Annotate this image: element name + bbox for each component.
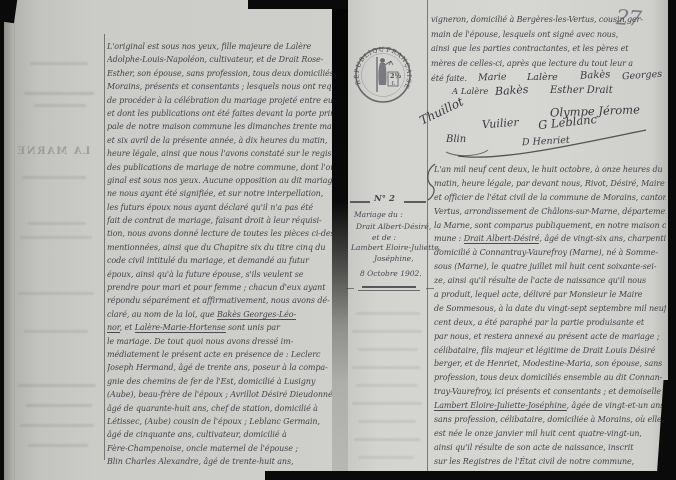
scan-edge	[265, 471, 676, 480]
bleed-through-line	[24, 330, 88, 333]
text-line: ainsi que les parties contractantes, et …	[431, 42, 665, 57]
flourish-line	[362, 286, 416, 288]
text-line: Létissec, (Aube) cousin de l'époux ; Leb…	[107, 415, 335, 428]
margin-groom: Drait Albert-Désiré,	[356, 222, 431, 231]
bleed-through-line	[20, 236, 92, 239]
page-edge	[9, 0, 10, 480]
text-lines: domicilié à Connantray-Vaurefroy (Marne)…	[434, 246, 666, 399]
flourish-line	[358, 290, 420, 291]
bleed-through-line	[356, 312, 420, 315]
text-line: ainsi qu'il résulte de son acte de naiss…	[434, 441, 666, 455]
text-line: code civil intitulé du mariage, et deman…	[107, 254, 335, 267]
signature: Marie	[478, 72, 507, 84]
bleed-through-line	[24, 92, 94, 95]
text-line: âgé de cinquante ans, cultivateur, domic…	[107, 428, 335, 441]
text-line: Vertus, arrondissement de Châlons-sur-Ma…	[434, 205, 666, 219]
bleed-through-line	[18, 292, 94, 295]
act-number: N° 2	[374, 194, 395, 204]
flourish-line	[350, 201, 370, 203]
text-line: sans profession, célibataire, domiciliée…	[434, 413, 666, 427]
signature: Lalère	[527, 72, 558, 83]
text-line: matin, heure légale, par devant nous, Ri…	[434, 177, 666, 191]
signature: Esther Drait	[550, 85, 613, 96]
text-line: et dont les publications ont été faites …	[107, 107, 335, 120]
signature: Bakès	[580, 69, 611, 82]
text-lines: vigneron, domicilié à Bergères-les-Vertu…	[431, 13, 665, 71]
bleed-through-line	[356, 384, 418, 387]
text-line: le mariage. De tout quoi nous avons dres…	[107, 335, 335, 348]
text-line: fait de contrat de mariage, faisant droi…	[107, 214, 335, 227]
text-line: ze, ainsi qu'il résulte de l'acte de nai…	[434, 274, 666, 288]
text-line: par nous, et restera annexé au présent a…	[434, 330, 666, 344]
bleed-through-line	[28, 444, 88, 447]
text-line: est née le onze janvier mil huit cent qu…	[434, 427, 666, 441]
text-line: cent deux, a été paraphé par la partie p…	[434, 316, 666, 330]
text-line: Blin Charles Alexandre, âgé de trente-hu…	[107, 455, 335, 468]
bleed-through-line	[352, 330, 422, 333]
bleed-through-line	[358, 456, 414, 459]
underlined-name: Bakès Georges-Léo-	[217, 310, 296, 320]
scan-edge	[248, 0, 354, 9]
page-edge	[14, 0, 15, 480]
text-line-underlined: nor, et Lalère-Marie-Hortense sont unis …	[107, 321, 335, 334]
bleed-through-line	[354, 438, 420, 441]
text-line: âgé de quarante-huit ans, chef de statio…	[107, 402, 335, 415]
flourish-line	[346, 288, 354, 289]
bleed-through-line	[30, 62, 88, 65]
margin-et-de: et de :	[372, 233, 396, 242]
text-lines: sans profession, célibataire, domiciliée…	[434, 413, 666, 469]
text-line: a produit, lequel acte, délivré par Mons…	[434, 288, 666, 302]
underlined-name: Drait Albert-Désiré	[464, 234, 540, 244]
margin-rule	[427, 0, 428, 472]
text-line: Fère-Champenoise, oncle maternel de l'ép…	[107, 442, 335, 455]
bleed-through-line	[18, 384, 96, 387]
text-line: Adolphe-Louis-Napoléon, cultivateur, et …	[107, 53, 335, 66]
text-line: époux, ainsi qu'à la future épouse, s'il…	[107, 268, 335, 281]
text-line: Morains, présents et consentants ; lesqu…	[107, 80, 335, 93]
text-line: (Aube), beau-frère de l'époux ; Avrillot…	[107, 388, 335, 401]
text-line: de Sommesous, à la date du vingt-sept se…	[434, 302, 666, 316]
left-page-text: L'original est sous nos yeux, fille maje…	[107, 40, 335, 469]
signature-flourish	[428, 122, 668, 162]
text-line-underlined: Lambert Eloire-Juliette-Joséphine, âgée …	[434, 399, 666, 413]
text-line: profession, tous deux domiciliés ensembl…	[434, 371, 666, 385]
text-line: gnie des chemins de fer de l'Est, domici…	[107, 375, 335, 388]
bleed-through-line	[22, 176, 86, 179]
text-line: mentionnées, ainsi que du Chapitre six d…	[107, 241, 335, 254]
text-line: domicilié à Connantray-Vaurefroy (Marne)…	[434, 246, 666, 260]
text-line: Joseph Hermand, âgé de trente ans, poseu…	[107, 361, 335, 374]
text-line: Esther, son épouse, sans profession, tou…	[107, 67, 335, 80]
text-line: L'an mil neuf cent deux, le huit octobre…	[434, 163, 666, 177]
stamp-unit: f.	[392, 81, 396, 87]
right-page-top-text: vigneron, domicilié à Bergères-les-Vertu…	[431, 13, 665, 71]
stamp-value: 2½	[390, 72, 402, 80]
closing-words: été faite.	[431, 74, 467, 83]
bleed-through-line	[352, 366, 420, 369]
text-line: heure légale, ainsi que nous l'avons con…	[107, 147, 335, 160]
margin-bride2: Joséphine,	[374, 254, 414, 263]
text-line: vigneron, domicilié à Bergères-les-Vertu…	[431, 13, 665, 28]
underlined-name: Lambert Eloire-Juliette-Joséphine	[434, 401, 567, 411]
bleed-through-line	[358, 420, 416, 423]
scan-edge	[0, 0, 4, 480]
text-line: et officier de l'état civil de la commun…	[434, 191, 666, 205]
text-line: la Marne, sont comparus publiquement, en…	[434, 219, 666, 233]
text-line: berger, et de Henriet, Modestine-Maria, …	[434, 357, 666, 371]
text-line-underlined: mune : Drait Albert-Désiré, âgé de vingt…	[434, 232, 666, 246]
text-line: et six avril de la présente année, à dix…	[107, 134, 335, 147]
text-line: ginal est sous nos yeux. Aucune oppositi…	[107, 174, 335, 187]
text-line: les futurs époux nous ayant déclaré qu'i…	[107, 201, 335, 214]
text-line: médiatement le présent acte en présence …	[107, 348, 335, 361]
text-line: tion, nous avons donné lecture de toutes…	[107, 227, 335, 240]
underlined-name: Lalère-Marie-Hortense	[135, 323, 226, 333]
underlined-name: nor	[107, 323, 120, 333]
text-lines: L'original est sous nos yeux, fille maje…	[107, 40, 335, 308]
text-line: répondu séparément et affirmativement, n…	[107, 294, 335, 307]
bleed-through-text: LA MARNE	[16, 146, 90, 157]
text-line: mères de celles-ci, après que lecture du…	[431, 57, 665, 72]
signature: Bakès	[495, 83, 529, 98]
margin-title: Mariage du :	[354, 210, 403, 219]
text-line: pale de notre maison commune les dimanch…	[107, 120, 335, 133]
text-line: L'original est sous nos yeux, fille maje…	[107, 40, 335, 53]
bleed-through-line	[20, 424, 94, 427]
bleed-through-line	[34, 104, 86, 107]
text-line: tray-Vaurefroy, ici présents et consenta…	[434, 385, 666, 399]
text-lines: L'an mil neuf cent deux, le huit octobre…	[434, 163, 666, 232]
text-line: sous (Marne), le quatre juillet mil huit…	[434, 260, 666, 274]
bleed-through-line	[26, 404, 92, 407]
text-line: célibataire, fils majeur et légitime de …	[434, 344, 666, 358]
bleed-through-line	[358, 348, 418, 351]
margin-rule	[104, 34, 105, 460]
text-line: ne nous ayant été signifiée, et sur notr…	[107, 187, 335, 200]
bleed-through-line	[28, 222, 86, 225]
flourish-line	[404, 201, 426, 203]
fiscal-stamp: RÉPUBLIQUE FRANÇAISE 2½ f.	[353, 45, 413, 105]
text-line: de procéder à la célébration du mariage …	[107, 94, 335, 107]
text-line: prendre pour mari et pour femme ; chacun…	[107, 281, 335, 294]
margin-date: 8 Octobre 1902.	[360, 269, 422, 278]
text-lines: le mariage. De tout quoi nous avons dres…	[107, 335, 335, 469]
scanned-register-spread: LA MARNE L'original est sous nos yeux, f…	[0, 0, 676, 480]
text-line: main de l'épouse, lesquels ont signé ave…	[431, 28, 665, 43]
text-line: sur les Registres de l'État civil de not…	[434, 455, 666, 469]
right-page-act-text: L'an mil neuf cent deux, le huit octobre…	[434, 163, 666, 469]
text-line-underlined: claré, au nom de la loi, que Bakès Georg…	[107, 308, 335, 321]
text-line: des publications de mariage de notre com…	[107, 161, 335, 174]
bleed-through-line	[352, 402, 422, 405]
